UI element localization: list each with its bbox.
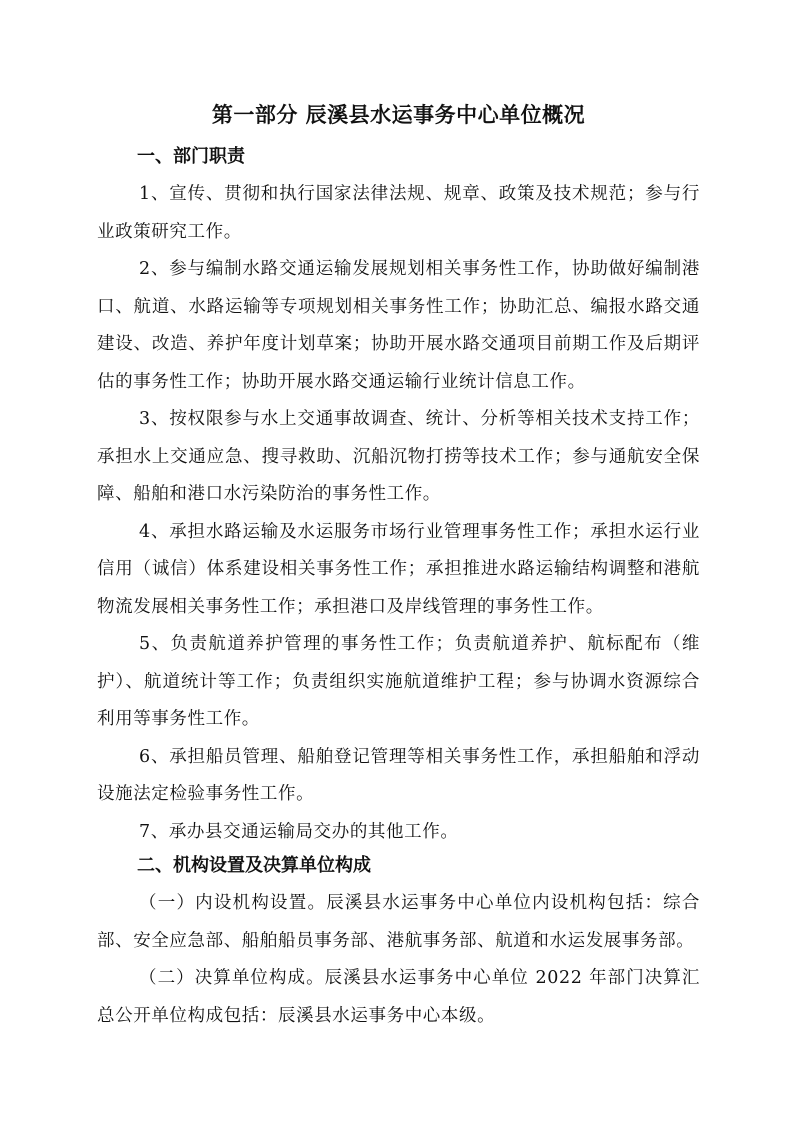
duty-item-1: 1、宣传、贯彻和执行国家法律法规、规章、政策及技术规范；参与行业政策研究工作。	[97, 176, 700, 251]
page-title: 第一部分 辰溪县水运事务中心单位概况	[97, 100, 700, 130]
document-page: 第一部分 辰溪县水运事务中心单位概况 一、部门职责 1、宣传、贯彻和执行国家法律…	[97, 100, 700, 1035]
section-organization: 二、机构设置及决算单位构成 （一）内设机构设置。辰溪县水运事务中心单位内设机构包…	[97, 851, 700, 1035]
section-heading: 一、部门职责	[97, 142, 700, 172]
budget-unit-paragraph: （二）决算单位构成。辰溪县水运事务中心单位 2022 年部门决算汇总公开单位构成…	[97, 960, 700, 1035]
duty-item-7: 7、承办县交通运输局交办的其他工作。	[97, 814, 700, 852]
section-heading: 二、机构设置及决算单位构成	[97, 851, 700, 881]
section-department-duties: 一、部门职责 1、宣传、贯彻和执行国家法律法规、规章、政策及技术规范；参与行业政…	[97, 142, 700, 851]
internal-structure-paragraph: （一）内设机构设置。辰溪县水运事务中心单位内设机构包括：综合部、安全应急部、船舶…	[97, 885, 700, 960]
duty-item-5: 5、负责航道养护管理的事务性工作；负责航道养护、航标配布（维护）、航道统计等工作…	[97, 626, 700, 739]
duty-item-4: 4、承担水路运输及水运服务市场行业管理事务性工作；承担水运行业信用（诚信）体系建…	[97, 514, 700, 627]
duty-item-6: 6、承担船员管理、船舶登记管理等相关事务性工作，承担船舶和浮动设施法定检验事务性…	[97, 739, 700, 814]
duty-item-2: 2、参与编制水路交通运输发展规划相关事务性工作，协助做好编制港口、航道、水路运输…	[97, 251, 700, 401]
duty-item-3: 3、按权限参与水上交通事故调查、统计、分析等相关技术支持工作；承担水上交通应急、…	[97, 401, 700, 514]
